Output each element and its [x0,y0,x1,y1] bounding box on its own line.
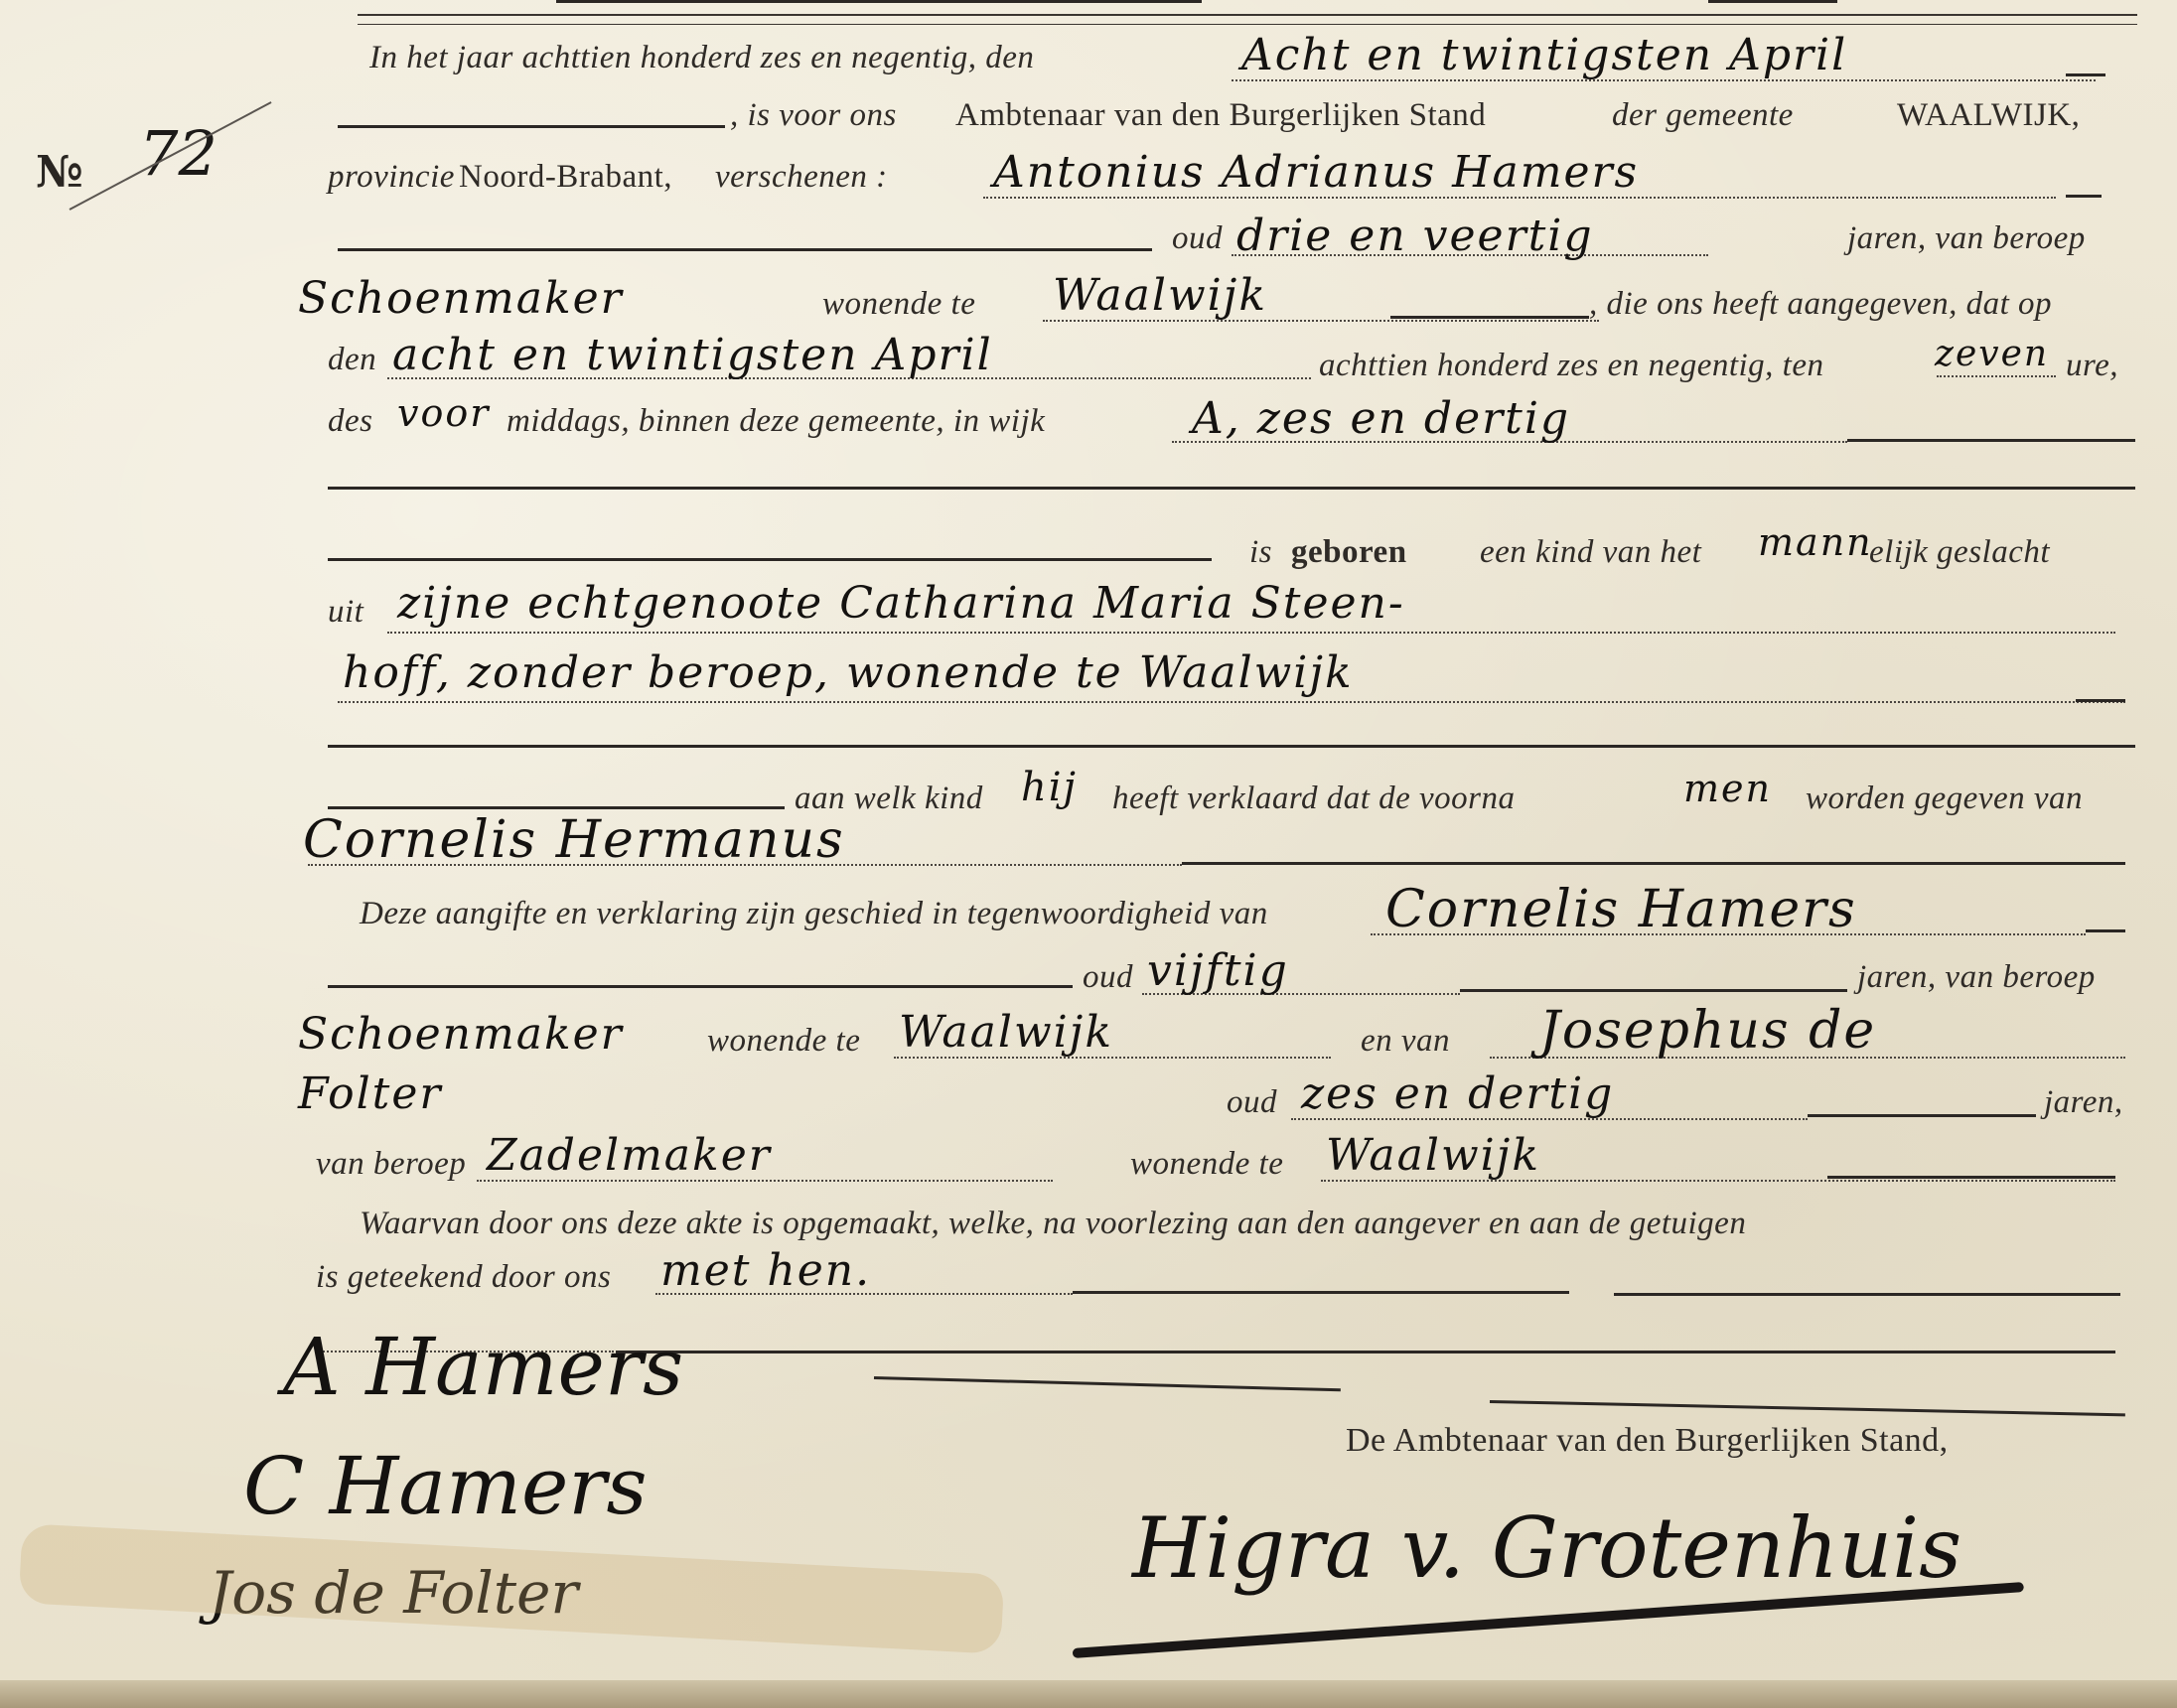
declarant-profession: Schoenmaker [298,273,624,324]
witness-1-name: Cornelis Hamers [1385,880,1857,939]
line-9-fill [328,558,1212,561]
witness-2-name: Josephus de [1539,1001,1876,1061]
line-13-b: heeft verklaard dat de voorna [1112,781,1516,817]
line-21-fill-2 [1614,1293,2120,1296]
voornamen-suffix: men [1683,767,1772,810]
witness-1-age: vijftig [1147,945,1289,996]
line-11-dots [338,701,2125,703]
line-6-den: den [328,342,376,378]
line-19-prefix: van beroep [316,1146,466,1183]
line-9-c: elijk geslacht [1869,534,2050,571]
child-given-names: Cornelis Hermanus [303,810,845,870]
line-10-uit: uit [328,594,363,631]
line-6-hour-dots [1937,375,2056,377]
mother-details: hoff, zonder beroep, wonende te Waalwijk [343,647,1354,698]
sig-line-2a [874,1376,1341,1391]
line-1-text: In het jaar achttien honderd zes en nege… [369,40,1034,76]
line-16-oud: oud [1083,959,1133,996]
declarant-pronoun: hij [1021,765,1078,810]
register-number: 72 [139,117,218,190]
line-11-fill [2076,699,2125,702]
line-5-fill [1390,316,1589,319]
sig-line-1 [616,1351,2115,1353]
line-4-suffix: jaren, van beroep [1847,220,2086,257]
line-3-provincie: provincie [328,159,455,196]
signature-witness-1: C Hamers [243,1440,648,1532]
line-21-prefix: is geteekend door ons [316,1259,611,1296]
line-6-mid: achttien honderd zes en negentig, ten [1319,348,1824,384]
line-13-fill [328,806,785,809]
line-15-fill [2086,929,2125,932]
sig-line-2b [1490,1400,2125,1416]
line-5-wonende: wonende te [822,286,975,323]
birth-date: acht en twintigsten April [392,330,993,380]
line-9-is: is [1249,534,1272,571]
witness-2-age: zes en dertig [1301,1068,1614,1119]
line-5-suffix: , die ons heeft aangegeven, dat op [1589,286,2052,323]
line-6-ure: ure, [2066,348,2118,384]
line-17-en-van: en van [1361,1023,1450,1060]
line-8-fill [328,487,2135,490]
line-7-des: des [328,403,373,440]
line-18-suffix: jaren, [2044,1084,2123,1121]
declarant-age: drie en veertig [1236,211,1594,261]
line-9-b: een kind van het [1480,534,1701,571]
line-7-fill [1847,439,2135,442]
line-13-c: worden gegeven van [1806,781,2083,817]
declarant-name: Antonius Adrianus Hamers [993,147,1639,198]
line-1-fill [2066,73,2105,76]
line-16-suffix: jaren, van beroep [1857,959,2096,996]
line-4-fill [338,248,1152,251]
geboren-label: geboren [1291,534,1407,571]
line-16-fill-2 [1460,989,1847,992]
province: Noord-Brabant, [459,159,672,196]
birth-hour: zeven [1935,334,2049,374]
line-16-fill [328,985,1073,988]
line-19-wonende: wonende te [1130,1146,1283,1183]
top-rule-2 [358,24,2137,25]
line-12-fill [328,745,2135,748]
signature-declarant: A Hamers [283,1321,683,1413]
line-18-fill [556,0,1202,3]
line-17-wonende: wonende te [707,1023,860,1060]
line-18-oud: oud [1227,1084,1277,1121]
line-2-fill [338,125,725,128]
line-2-text-c: der gemeente [1612,97,1794,134]
line-10-dots [387,632,2115,634]
page-bottom-edge [0,1680,2177,1708]
am-pm: voor [397,391,490,435]
child-gender: mann [1758,520,1873,564]
line-2-official: Ambtenaar van den Burgerlijken Stand [955,97,1486,134]
birth-registration-date: Acht en twintigsten April [1241,30,1847,80]
line-21-fill [1073,1291,1569,1294]
line-3-verschenen: verschenen : [715,159,888,196]
line-4-oud: oud [1172,220,1223,257]
witness-1-residence: Waalwijk [899,1007,1113,1058]
top-rule [358,14,2137,16]
signing-statement: met hen. [660,1245,871,1296]
ward-address: A, zes en dertig [1192,393,1570,444]
line-20-text: Waarvan door ons deze akte is opgemaakt,… [360,1206,1746,1242]
witness-2-profession: Zadelmaker [487,1130,772,1181]
signature-official: Higra v. Grotenhuis [1132,1499,1961,1597]
official-caption: De Ambtenaar van den Burgerlijken Stand, [1346,1422,1949,1460]
mother-name: zijne echtgenoote Catharina Maria Steen- [397,578,1405,629]
witness-2-residence: Waalwijk [1326,1130,1540,1181]
line-15-text: Deze aangifte en verklaring zijn geschie… [360,896,1268,932]
declarant-residence: Waalwijk [1053,270,1267,321]
line-18-fill-2 [1808,1114,2036,1117]
paper-stain [19,1523,1005,1654]
witness-2-name-cont: Folter [298,1068,442,1119]
line-2-text-a: , is voor ons [730,97,897,134]
line-19-fill [1827,1176,2115,1179]
line-14-fill [1182,862,2125,865]
line-7-mid: middags, binnen deze gemeente, in wijk [507,403,1045,440]
line-4-fill-2 [1708,0,1837,3]
municipality: WAALWIJK, [1897,97,2080,134]
number-label: № [36,147,83,198]
witness-1-profession: Schoenmaker [298,1009,624,1060]
line-3-fill [2066,195,2102,198]
